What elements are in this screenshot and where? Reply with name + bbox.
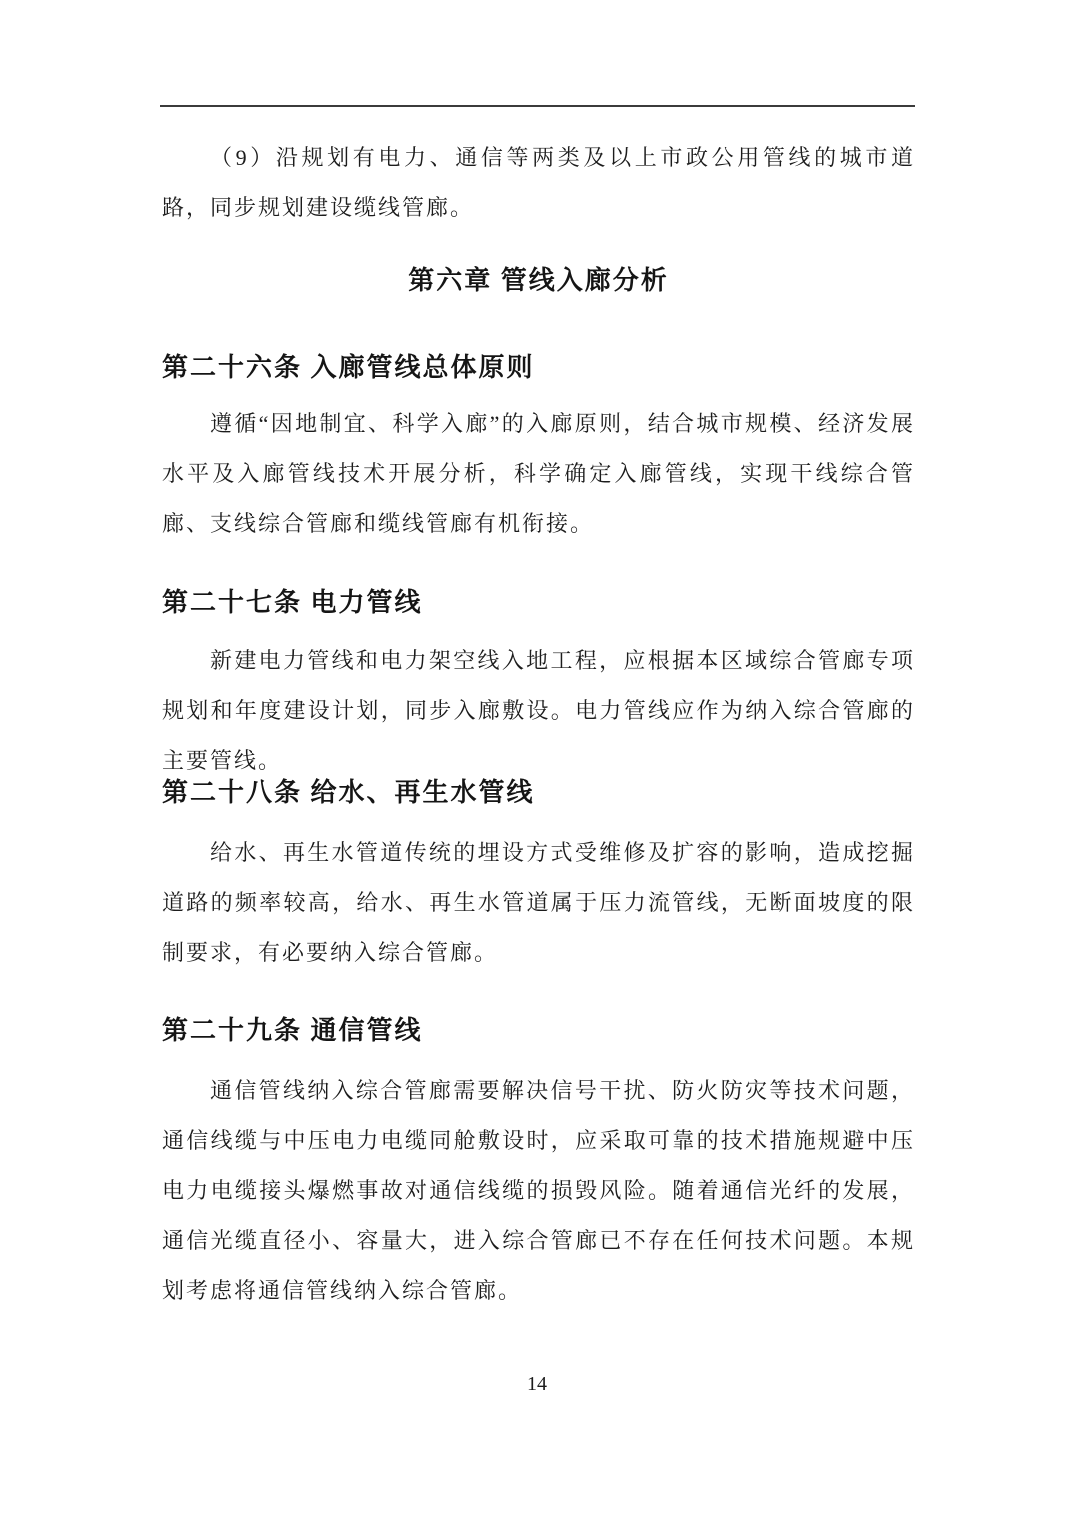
section-heading-27: 第二十七条 电力管线	[162, 587, 915, 619]
document-page: （9）沿规划有电力、通信等两类及以上市政公用管线的城市道路，同步规划建设缆线管廊…	[0, 0, 1074, 1520]
page-content: （9）沿规划有电力、通信等两类及以上市政公用管线的城市道路，同步规划建设缆线管廊…	[162, 0, 915, 1520]
section-heading-28: 第二十八条 给水、再生水管线	[162, 777, 915, 809]
intro-paragraph: （9）沿规划有电力、通信等两类及以上市政公用管线的城市道路，同步规划建设缆线管廊…	[162, 133, 915, 233]
section-body-26: 遵循“因地制宜、科学入廊”的入廊原则，结合城市规模、经济发展水平及入廊管线技术开…	[162, 399, 915, 549]
section-body-28: 给水、再生水管道传统的埋设方式受维修及扩容的影响，造成挖掘道路的频率较高，给水、…	[162, 828, 915, 978]
page-number: 14	[0, 1372, 1074, 1396]
section-body-29: 通信管线纳入综合管廊需要解决信号干扰、防火防灾等技术问题，通信线缆与中压电力电缆…	[162, 1066, 915, 1316]
section-heading-29: 第二十九条 通信管线	[162, 1015, 915, 1047]
section-heading-26: 第二十六条 入廊管线总体原则	[162, 352, 915, 384]
chapter-title: 第六章 管线入廊分析	[162, 264, 915, 298]
section-body-27: 新建电力管线和电力架空线入地工程，应根据本区域综合管廊专项规划和年度建设计划，同…	[162, 636, 915, 786]
